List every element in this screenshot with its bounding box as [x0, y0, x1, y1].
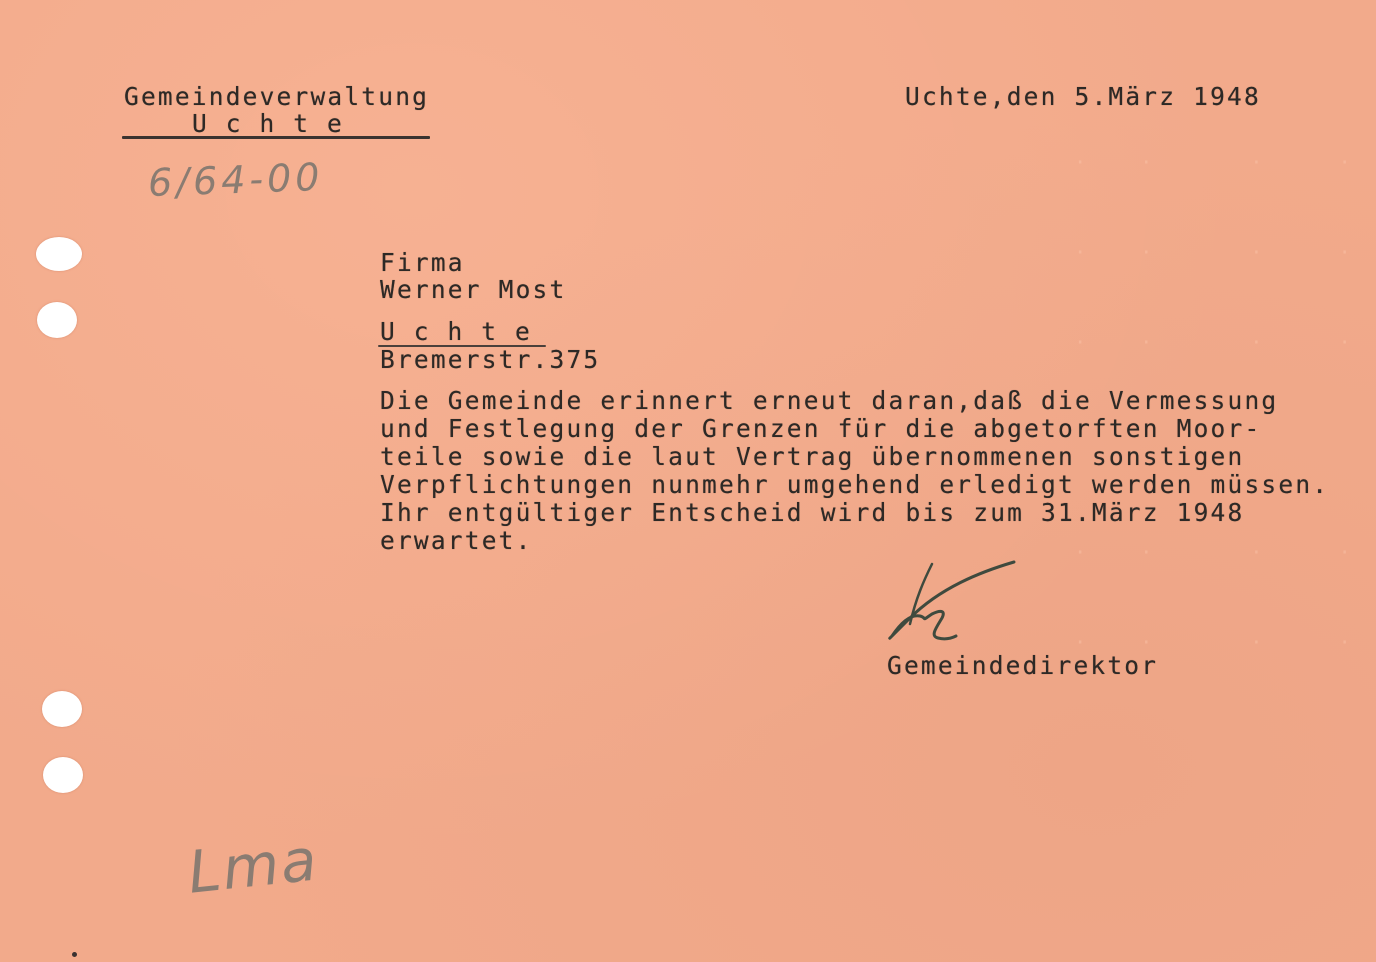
recipient-city: Uchte	[380, 318, 549, 346]
emboss-impression: · · · ·	[1030, 150, 1361, 174]
body-line: erwartet.	[380, 527, 533, 555]
letterhead-underline	[122, 136, 430, 139]
signature-mark	[880, 558, 1020, 648]
dateline: Uchte,den 5.März 1948	[905, 83, 1261, 111]
body-line: Ihr entgültiger Entscheid wird bis zum 3…	[380, 499, 1244, 527]
file-reference: 6/64-00	[147, 155, 324, 205]
pencil-initials: Lma	[185, 825, 322, 906]
emboss-impression: · · · ·	[1030, 540, 1361, 564]
letterhead-office: Gemeindeverwaltung	[124, 83, 429, 111]
body-line: Die Gemeinde erinnert erneut daran,daß d…	[380, 387, 1278, 415]
punch-hole	[36, 237, 82, 271]
emboss-impression: · · · ·	[1030, 330, 1361, 354]
punch-hole	[37, 302, 77, 338]
ink-speck	[72, 952, 77, 957]
body-line: teile sowie die laut Vertrag übernommene…	[380, 443, 1244, 471]
recipient-line1: Firma	[380, 249, 465, 277]
emboss-impression: · · · ·	[1030, 240, 1361, 264]
letterhead-town: Uchte	[192, 110, 361, 138]
body-line: Verpflichtungen nunmehr umgehend erledig…	[380, 471, 1329, 499]
punch-hole	[43, 757, 83, 793]
recipient-line2: Werner Most	[380, 276, 566, 304]
body-line: und Festlegung der Grenzen für die abget…	[380, 415, 1261, 443]
punch-hole	[42, 691, 82, 727]
recipient-street: Bremerstr.375	[380, 346, 600, 374]
signature-title: Gemeindedirektor	[887, 652, 1158, 680]
